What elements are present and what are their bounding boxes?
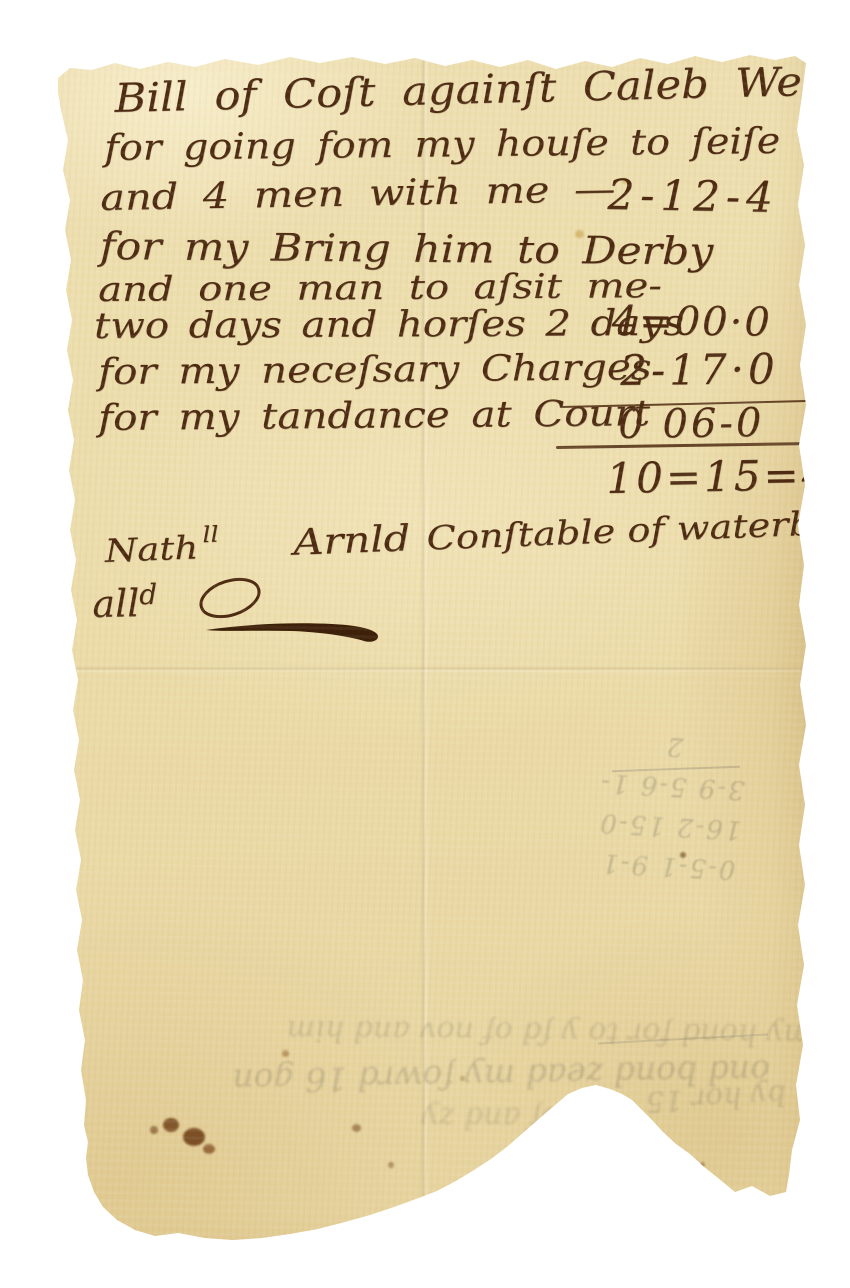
signature-superscript: ll [202, 523, 219, 549]
bleedthrough-line: nt of and zy [180, 1100, 600, 1135]
speck-stain [282, 1050, 289, 1057]
signature-name: Arnld [293, 518, 412, 563]
pen-flourish [168, 572, 398, 648]
speck-stain [460, 1076, 465, 1081]
scan-background: 0-5-1 9-1 16-2 15-0 3-9 5-6 1-2 my hond … [0, 0, 850, 1288]
ink-stain [183, 1128, 205, 1146]
bleedthrough-line: my hond for to y ſd of nov and him [88, 1011, 812, 1052]
total-amount: 10=15=4 [606, 450, 832, 503]
entry-line: for my neceſsary Charges [98, 347, 652, 393]
entry-line: for my tandance at Court [98, 393, 650, 439]
bleedthrough-line: ond bond zead my ſowrd 16 gon [110, 1052, 771, 1103]
attest-superscript: d [139, 578, 158, 611]
entry-amount: 0 06-0 [618, 400, 765, 448]
entry-line: and 4 men with me — [100, 169, 616, 219]
horizontal-fold-crease [62, 666, 802, 673]
speck-stain [388, 1162, 394, 1168]
entry-line: two days and horſes 2 days [94, 303, 684, 347]
attest-abbreviation: alld [92, 581, 158, 626]
signature-line: NathllArnldConſtable of waterbury [104, 500, 850, 571]
bleedthrough-rule [612, 766, 740, 772]
entry-amount: 2-17·0 [620, 344, 779, 395]
bill-title-line: Bill of Coſt againſt Caleb Weed [114, 58, 850, 122]
ink-stain [163, 1118, 179, 1132]
speck-stain [680, 852, 686, 858]
speck-stain [352, 1124, 361, 1132]
ink-stain [150, 1126, 158, 1134]
signature-title: Conſtable of waterbury [426, 501, 850, 557]
entry-line: for going fom my houſe to ſeiſe him [104, 120, 850, 169]
attest-base: all [92, 581, 140, 626]
bleedthrough-number-column: 0-5-1 9-1 16-2 15-0 3-9 5-6 1-2 [592, 722, 750, 890]
signature-name-prefix: Nath [104, 528, 199, 570]
manuscript-paper: 0-5-1 9-1 16-2 15-0 3-9 5-6 1-2 my hond … [0, 0, 850, 1288]
ink-stain [203, 1144, 215, 1154]
bleedthrough-rule [598, 1034, 768, 1044]
entry-amount: 4=00·0 [612, 298, 773, 346]
speck-stain [700, 1162, 705, 1167]
bleedthrough-line: by hor 15 [635, 1078, 787, 1120]
entry-amount: 2-12-4 [607, 170, 779, 222]
